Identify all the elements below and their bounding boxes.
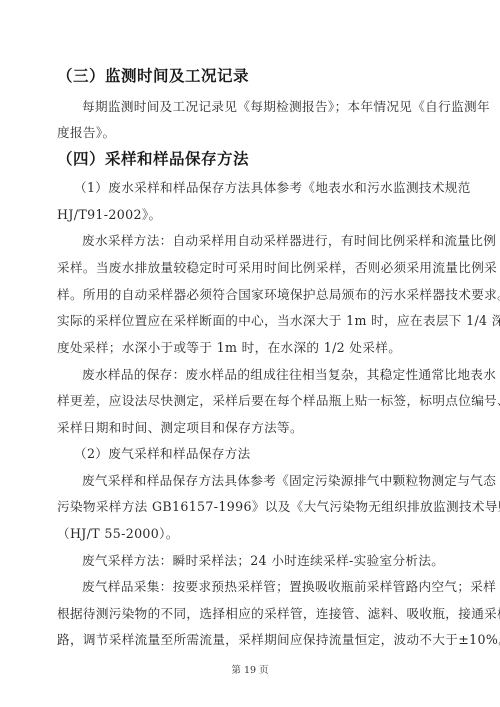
- paragraph-line: （1）废水采样和样品保存方法具体参考《地表水和污水监测技术规范: [74, 180, 464, 196]
- paragraph-line: 根据待测污染物的不同，选择相应的采样管，连接管、滤料、吸收瓶，接通采样管: [57, 606, 447, 622]
- paragraph-line: 样更差，应设法尽快测定，采样后要在每个样品瓶上贴一标签，标明点位编号、: [57, 393, 447, 409]
- paragraph-line: 度报告》。: [57, 125, 447, 141]
- paragraph-line: 废气采样和样品保存方法具体参考《固定污染源排气中颗粒物测定与气态: [82, 473, 472, 489]
- paragraph-line: 路，调节采样流量至所需流量，采样期间应保持流量恒定，波动不大于±10%。采: [57, 632, 447, 648]
- section-heading-3: （三）监测时间及工况记录: [57, 64, 249, 86]
- paragraph-line: 每期监测时间及工况记录见《每期检测报告》；本年情况见《自行监测年: [82, 99, 472, 115]
- document-page: （三）监测时间及工况记录 每期监测时间及工况记录见《每期检测报告》；本年情况见《…: [0, 0, 500, 707]
- section-heading-4: （四）采样和样品保存方法: [57, 147, 249, 169]
- paragraph-line: 采样日期和时间、测定项目和保存方法等。: [57, 420, 447, 436]
- paragraph-line: 采样。当废水排放量较稳定时可采用时间比例采样，否则必须采用流量比例采: [57, 260, 447, 276]
- paragraph-line: 废水采样方法：自动采样用自动采样器进行，有时间比例采样和流量比例: [82, 233, 472, 249]
- paragraph-line: （HJ/T 55-2000）。: [57, 526, 447, 542]
- subsection-heading: （2）废气采样和样品保存方法: [74, 446, 464, 462]
- page-number: 第 19 页: [0, 662, 500, 676]
- paragraph-line: 度处采样；水深小于或等于 1m 时，在水深的 1/2 处采样。: [57, 340, 447, 356]
- paragraph-line: HJ/T91-2002》。: [57, 207, 447, 223]
- paragraph-line: 实际的采样位置应在采样断面的中心，当水深大于 1m 时，应在表层下 1/4 深: [57, 313, 447, 329]
- paragraph-line: 污染物采样方法 GB16157-1996》以及《大气污染物无组织排放监测技术导则…: [57, 499, 447, 515]
- paragraph-line: 废水样品的保存：废水样品的组成往往相当复杂，其稳定性通常比地表水: [82, 367, 472, 383]
- paragraph-line: 废气样品采集：按要求预热采样管；置换吸收瓶前采样管路内空气；采样: [82, 579, 472, 595]
- paragraph-line: 样。所用的自动采样器必须符合国家环境保护总局颁布的污水采样器技术要求。: [57, 287, 447, 303]
- paragraph-line: 废气采样方法：瞬时采样法；24 小时连续采样-实验室分析法。: [82, 553, 472, 569]
